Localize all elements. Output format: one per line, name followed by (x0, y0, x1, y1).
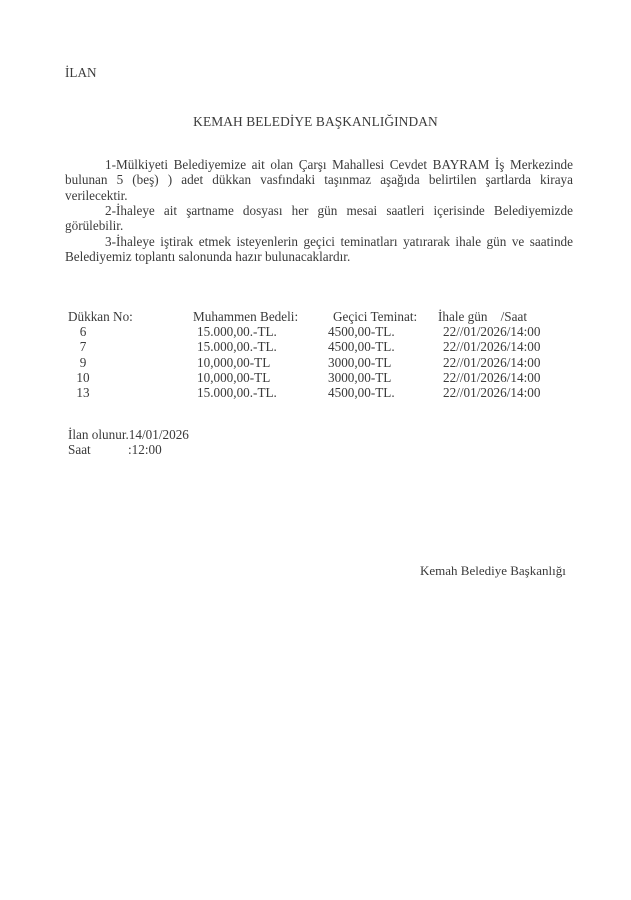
tender-datetime: 22//01/2026/14:00 (443, 324, 540, 339)
tender-datetime: 22//01/2026/14:00 (443, 339, 540, 354)
table-row: 10 10,000,00-TL 3000,00-TL 22//01/2026/1… (0, 370, 631, 385)
shop-no: 6 (68, 324, 98, 339)
deposit: 3000,00-TL (328, 355, 391, 370)
issuer-heading: KEMAH BELEDİYE BAŞKANLIĞINDAN (0, 114, 631, 130)
shop-no: 7 (68, 339, 98, 354)
paragraph-1: 1-Mülkiyeti Belediyemize ait olan Çarşı … (65, 157, 573, 203)
tender-datetime: 22//01/2026/14:00 (443, 385, 540, 400)
deposit: 4500,00-TL. (328, 324, 395, 339)
table-row: 7 15.000,00.-TL. 4500,00-TL. 22//01/2026… (0, 339, 631, 354)
document-label: İLAN (65, 65, 97, 81)
estimated-value: 15.000,00.-TL. (197, 385, 277, 400)
paragraph-3: 3-İhaleye iştirak etmek isteyenlerin geç… (65, 234, 573, 265)
estimated-value: 10,000,00-TL (197, 355, 270, 370)
table-header-row: Dükkan No: Muhammen Bedeli: Geçici Temin… (0, 309, 631, 324)
header-shop-no: Dükkan No: (68, 309, 133, 324)
deposit: 4500,00-TL. (328, 385, 395, 400)
signature: Kemah Belediye Başkanlığı (420, 563, 566, 579)
estimated-value: 10,000,00-TL (197, 370, 270, 385)
header-estimated-value: Muhammen Bedeli: (193, 309, 298, 324)
header-tender-datetime: İhale gün /Saat (438, 309, 527, 324)
paragraph-2: 2-İhaleye ait şartname dosyası her gün m… (65, 203, 573, 234)
shop-no: 13 (68, 385, 98, 400)
deposit: 3000,00-TL (328, 370, 391, 385)
shop-tender-table: Dükkan No: Muhammen Bedeli: Geçici Temin… (0, 309, 631, 400)
estimated-value: 15.000,00.-TL. (197, 339, 277, 354)
table-row: 6 15.000,00.-TL. 4500,00-TL. 22//01/2026… (0, 324, 631, 339)
shop-no: 9 (68, 355, 98, 370)
header-deposit: Geçici Teminat: (333, 309, 417, 324)
table-row: 13 15.000,00.-TL. 4500,00-TL. 22//01/202… (0, 385, 631, 400)
shop-no: 10 (68, 370, 98, 385)
tender-datetime: 22//01/2026/14:00 (443, 355, 540, 370)
table-row: 9 10,000,00-TL 3000,00-TL 22//01/2026/14… (0, 355, 631, 370)
deposit: 4500,00-TL. (328, 339, 395, 354)
announcement-date: İlan olunur.14/01/2026 (68, 427, 189, 443)
tender-datetime: 22//01/2026/14:00 (443, 370, 540, 385)
announcement-time-label: Saat (68, 442, 128, 458)
announcement-time-value: :12:00 (128, 442, 162, 457)
estimated-value: 15.000,00.-TL. (197, 324, 277, 339)
announcement-time: Saat:12:00 (68, 442, 162, 458)
